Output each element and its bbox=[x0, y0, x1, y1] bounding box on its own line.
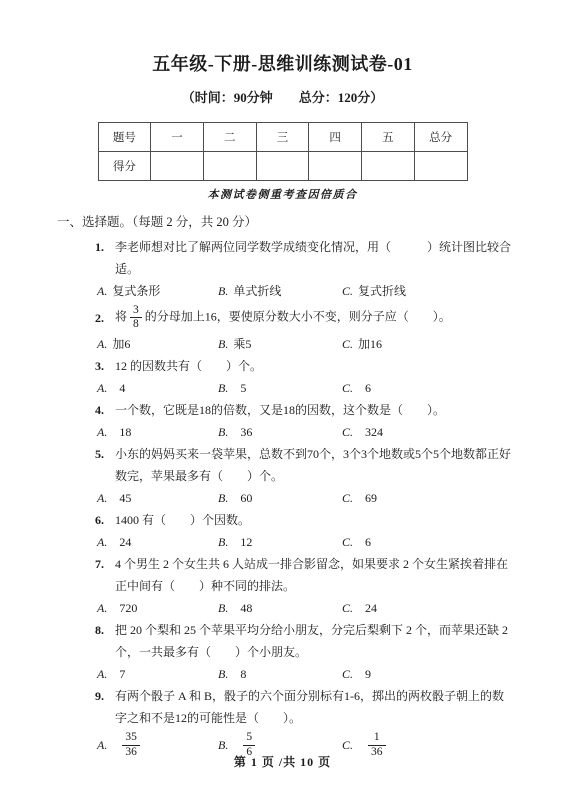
option-text: 324 bbox=[365, 421, 383, 443]
options-row: A. 复式条形 B. 单式折线 C. 复式折线 bbox=[95, 280, 513, 302]
option-b: B. 5 bbox=[218, 377, 342, 399]
score-header-cell: 一 bbox=[151, 123, 204, 152]
score-cell-empty bbox=[362, 152, 415, 181]
fraction: 38 bbox=[130, 304, 142, 331]
question-9: 9. 有两个骰子 A 和 B，骰子的六个面分别标有1-6，掷出的两枚骰子朝上的数… bbox=[95, 685, 513, 760]
question-text: 将38的分母加上16，要使原分数大小不变，则分子应（ ）。 bbox=[115, 302, 513, 333]
option-b: B. 单式折线 bbox=[218, 280, 342, 302]
option-b: B. 60 bbox=[218, 487, 342, 509]
option-text: 复式折线 bbox=[358, 280, 406, 302]
option-text: 720 bbox=[119, 597, 137, 619]
option-text: 单式折线 bbox=[233, 280, 281, 302]
option-text: 加6 bbox=[112, 333, 130, 355]
question-text: 小东的妈妈买来一袋苹果，总数不到70个，3个3个地数或5个5个地数都正好数完，苹… bbox=[115, 443, 513, 487]
score-header-cell: 总分 bbox=[414, 123, 467, 152]
option-c: C. 加16 bbox=[342, 333, 513, 355]
exam-page: 五年级-下册-思维训练测试卷-01 （时间：90分钟 总分：120分） 题号 一… bbox=[0, 0, 565, 800]
question-2: 2. 将38的分母加上16，要使原分数大小不变，则分子应（ ）。 A. 加6 B… bbox=[95, 302, 513, 355]
question-7: 7. 4 个男生 2 个女生共 6 人站成一排合影留念，如果要求 2 个女生紧挨… bbox=[95, 553, 513, 619]
option-text: 48 bbox=[240, 597, 252, 619]
section-heading: 一、选择题。（每题 2 分，共 20 分） bbox=[57, 213, 513, 231]
question-text: 12 的因数共有（ ）个。 bbox=[115, 355, 513, 377]
option-b: B. 36 bbox=[218, 421, 342, 443]
option-text: 6 bbox=[365, 377, 371, 399]
option-a: A. 24 bbox=[97, 531, 218, 553]
options-row: A. 720 B. 48 C. 24 bbox=[95, 597, 513, 619]
question-number: 6. bbox=[95, 509, 115, 531]
option-text: 24 bbox=[365, 597, 377, 619]
option-a: A. 复式条形 bbox=[97, 280, 218, 302]
score-table: 题号 一 二 三 四 五 总分 得分 bbox=[98, 122, 468, 181]
question-number: 3. bbox=[95, 355, 115, 377]
score-table-header-row: 题号 一 二 三 四 五 总分 bbox=[98, 123, 467, 152]
question-number: 9. bbox=[95, 685, 115, 729]
question-6: 6. 1400 有（ ）个因数。 A. 24 B. 12 C. 6 bbox=[95, 509, 513, 553]
option-text: 8 bbox=[240, 663, 246, 685]
option-text: 乘5 bbox=[233, 333, 251, 355]
option-a: A. 45 bbox=[97, 487, 218, 509]
option-text: 45 bbox=[119, 487, 131, 509]
score-cell-empty bbox=[256, 152, 309, 181]
option-c: C. 6 bbox=[342, 531, 513, 553]
question-number: 5. bbox=[95, 443, 115, 487]
question-list: 1. 李老师想对比了解两位同学数学成绩变化情况，用（ ）统计图比较合适。 A. … bbox=[52, 236, 513, 761]
option-a: A. 4 bbox=[97, 377, 218, 399]
question-text: 4 个男生 2 个女生共 6 人站成一排合影留念，如果要求 2 个女生紧挨着排在… bbox=[115, 553, 513, 597]
options-row: A. 45 B. 60 C. 69 bbox=[95, 487, 513, 509]
option-c: C. 69 bbox=[342, 487, 513, 509]
score-cell-empty bbox=[414, 152, 467, 181]
score-row-label: 得分 bbox=[98, 152, 151, 181]
option-c: C. 324 bbox=[342, 421, 513, 443]
question-3: 3. 12 的因数共有（ ）个。 A. 4 B. 5 C. 6 bbox=[95, 355, 513, 399]
score-header-cell: 五 bbox=[362, 123, 415, 152]
score-header-cell: 二 bbox=[203, 123, 256, 152]
question-8: 8. 把 20 个梨和 25 个苹果平均分给小朋友，分完后梨剩下 2 个，而苹果… bbox=[95, 619, 513, 685]
option-c: C. 9 bbox=[342, 663, 513, 685]
question-1: 1. 李老师想对比了解两位同学数学成绩变化情况，用（ ）统计图比较合适。 A. … bbox=[95, 236, 513, 302]
score-cell-empty bbox=[203, 152, 256, 181]
score-table-score-row: 得分 bbox=[98, 152, 467, 181]
question-number: 2. bbox=[95, 307, 115, 329]
option-a: A. 加6 bbox=[97, 333, 218, 355]
option-text: 加16 bbox=[358, 333, 382, 355]
option-b: B. 8 bbox=[218, 663, 342, 685]
page-footer: 第 1 页 /共 10 页 bbox=[0, 753, 565, 770]
options-row: A. 18 B. 36 C. 324 bbox=[95, 421, 513, 443]
option-text: 5 bbox=[240, 377, 246, 399]
page-title: 五年级-下册-思维训练测试卷-01 bbox=[52, 52, 513, 76]
option-text: 36 bbox=[240, 421, 252, 443]
exam-meta: （时间：90分钟 总分：120分） bbox=[52, 89, 513, 107]
score-header-cell: 四 bbox=[309, 123, 362, 152]
question-text: 1400 有（ ）个因数。 bbox=[115, 509, 513, 531]
option-c: C. 24 bbox=[342, 597, 513, 619]
options-row: A. 24 B. 12 C. 6 bbox=[95, 531, 513, 553]
option-a: A. 720 bbox=[97, 597, 218, 619]
option-text: 12 bbox=[240, 531, 252, 553]
option-b: B. 48 bbox=[218, 597, 342, 619]
question-text: 李老师想对比了解两位同学数学成绩变化情况，用（ ）统计图比较合适。 bbox=[115, 236, 513, 280]
option-b: B. 12 bbox=[218, 531, 342, 553]
option-text: 24 bbox=[119, 531, 131, 553]
score-header-cell: 题号 bbox=[98, 123, 151, 152]
option-text: 复式条形 bbox=[112, 280, 160, 302]
question-number: 7. bbox=[95, 553, 115, 597]
question-number: 1. bbox=[95, 236, 115, 280]
option-b: B. 乘5 bbox=[218, 333, 342, 355]
question-4: 4. 一个数，它既是18的倍数，又是18的因数，这个数是（ ）。 A. 18 B… bbox=[95, 399, 513, 443]
score-cell-empty bbox=[151, 152, 204, 181]
question-text: 把 20 个梨和 25 个苹果平均分给小朋友，分完后梨剩下 2 个，而苹果还缺 … bbox=[115, 619, 513, 663]
question-number: 4. bbox=[95, 399, 115, 421]
option-text: 60 bbox=[240, 487, 252, 509]
option-a: A. 7 bbox=[97, 663, 218, 685]
question-text: 有两个骰子 A 和 B，骰子的六个面分别标有1-6，掷出的两枚骰子朝上的数字之和… bbox=[115, 685, 513, 729]
score-cell-empty bbox=[309, 152, 362, 181]
option-c: C. 6 bbox=[342, 377, 513, 399]
option-text: 6 bbox=[365, 531, 371, 553]
exam-note: 本测试卷侧重考查因倍质合 bbox=[52, 188, 513, 202]
option-text: 69 bbox=[365, 487, 377, 509]
question-5: 5. 小东的妈妈买来一袋苹果，总数不到70个，3个3个地数或5个5个地数都正好数… bbox=[95, 443, 513, 509]
option-text: 7 bbox=[119, 663, 125, 685]
option-text: 9 bbox=[365, 663, 371, 685]
options-row: A. 4 B. 5 C. 6 bbox=[95, 377, 513, 399]
question-text: 一个数，它既是18的倍数，又是18的因数，这个数是（ ）。 bbox=[115, 399, 513, 421]
option-a: A. 18 bbox=[97, 421, 218, 443]
score-header-cell: 三 bbox=[256, 123, 309, 152]
options-row: A. 加6 B. 乘5 C. 加16 bbox=[95, 333, 513, 355]
option-c: C. 复式折线 bbox=[342, 280, 513, 302]
options-row: A. 7 B. 8 C. 9 bbox=[95, 663, 513, 685]
option-text: 18 bbox=[119, 421, 131, 443]
option-text: 4 bbox=[119, 377, 125, 399]
question-number: 8. bbox=[95, 619, 115, 663]
